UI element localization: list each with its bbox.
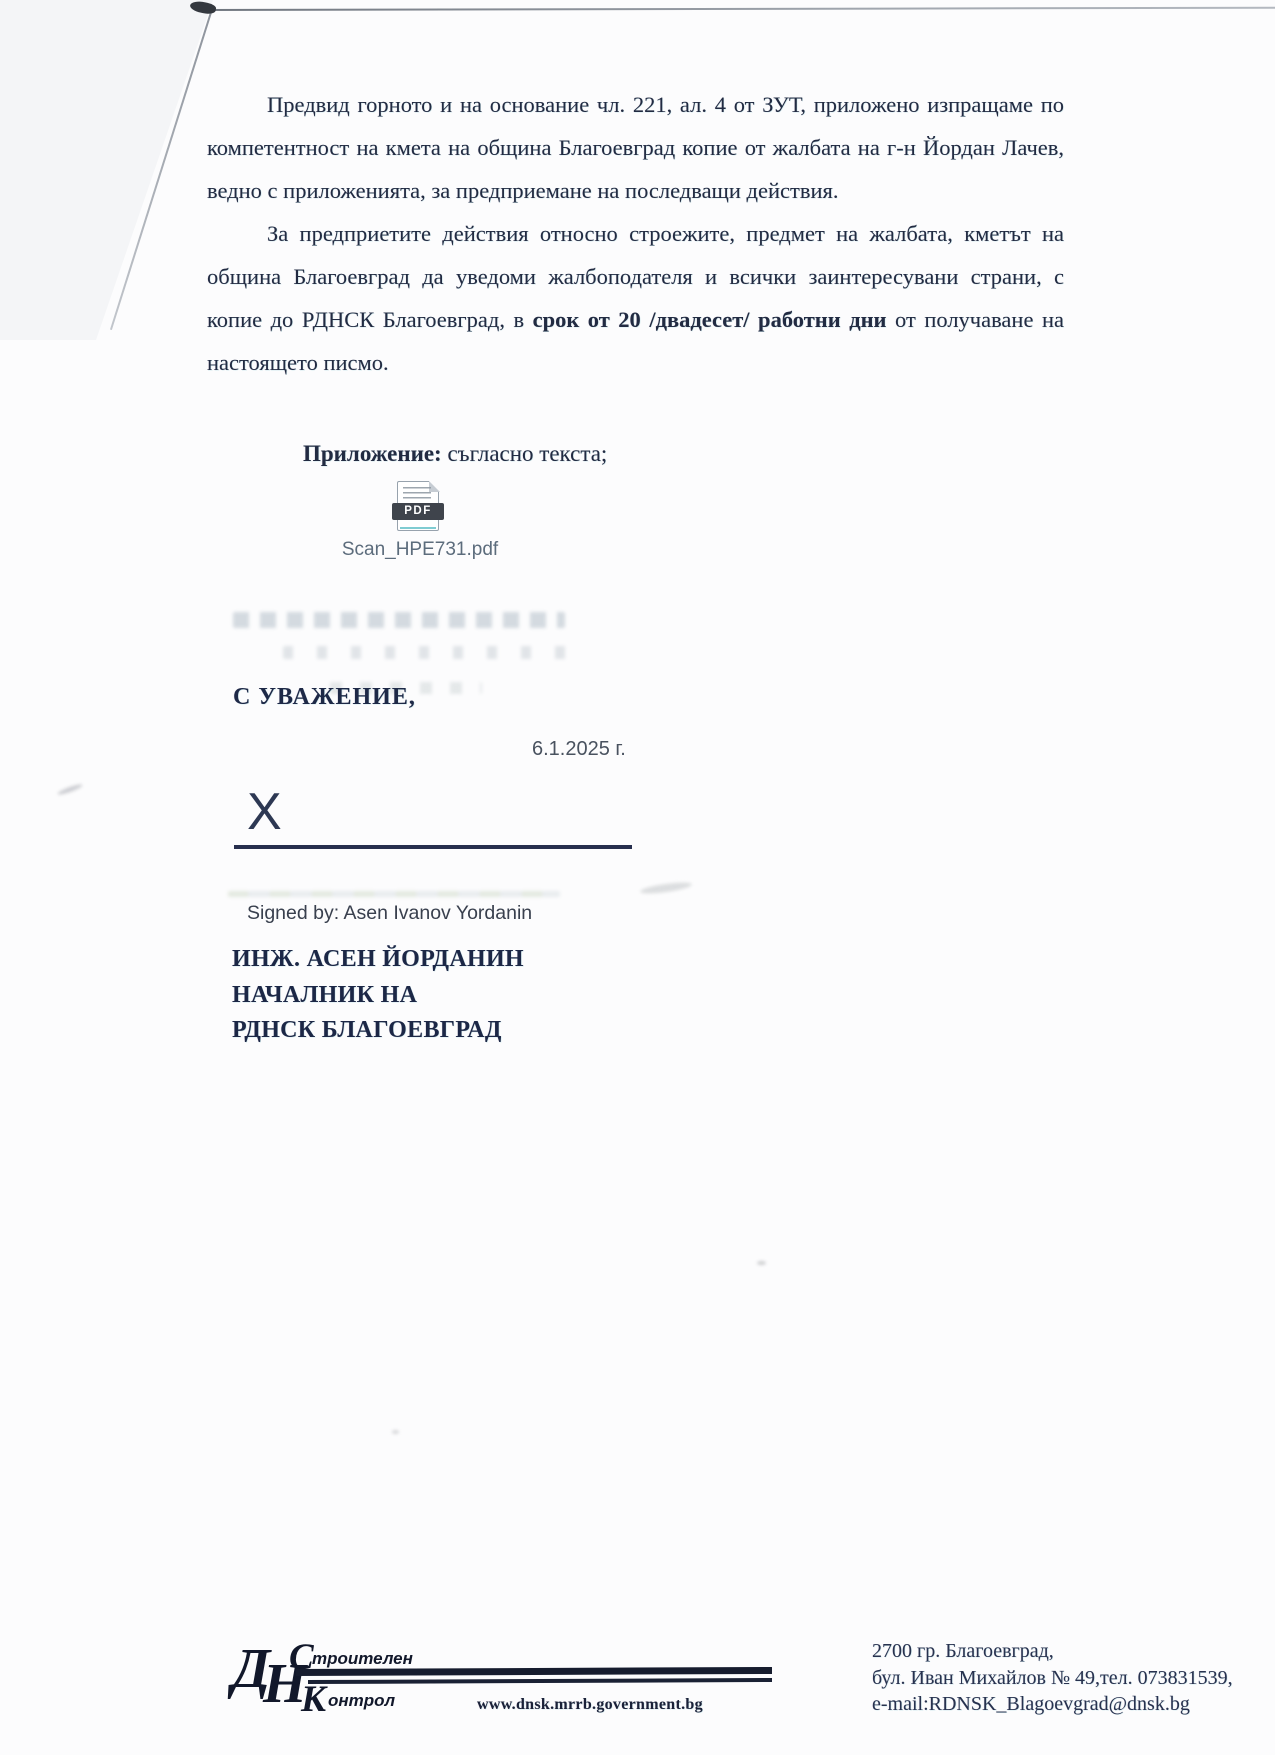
paragraph-1-text: Предвид горното и на основание чл. 221, …: [207, 92, 1064, 203]
closing-salutation: С УВАЖЕНИЕ,: [233, 684, 416, 711]
footer-address-line2: бул. Иван Михайлов № 49,тел. 073831539,: [872, 1665, 1233, 1692]
pdf-file-icon: PDF: [397, 481, 439, 531]
page-fold-corner: [0, 0, 230, 345]
attachment-line: Приложение: съгласно текста;: [303, 441, 607, 467]
signer-title-line1: НАЧАЛНИК НА: [232, 978, 524, 1014]
bleed-through-text-line: [283, 646, 583, 659]
signer-block: ИНЖ. АСЕН ЙОРДАНИН НАЧАЛНИК НА РДНСК БЛА…: [232, 942, 524, 1049]
paragraph-2-deadline-bold: срок от 20 /двадесет/ работни дни: [533, 307, 887, 332]
bleed-through-text-line: [233, 612, 565, 628]
footer-rule-bottom: [308, 1678, 772, 1684]
footer-address: 2700 гр. Благоевград, бул. Иван Михайлов…: [872, 1638, 1233, 1718]
pdf-icon-bottom-tint: [400, 527, 436, 530]
pdf-icon-text-lines: [403, 487, 431, 501]
scan-smudge: [57, 783, 83, 797]
footer-address-line1: 2700 гр. Благоевград,: [872, 1638, 1233, 1665]
pdf-icon-badge: PDF: [392, 503, 444, 520]
scan-top-edge-line: [205, 7, 1275, 11]
signature-x-mark: X: [247, 782, 282, 842]
scanned-letter-page: Предвид горното и на основание чл. 221, …: [0, 0, 1275, 1755]
signer-name: ИНЖ. АСЕН ЙОРДАНИН: [232, 942, 524, 978]
paragraph-legal-basis: Предвид горното и на основание чл. 221, …: [207, 83, 1064, 212]
footer-website: www.dnsk.mrrb.government.bg: [477, 1696, 703, 1714]
signature-date: 6.1.2025 г.: [532, 738, 626, 761]
attachment-text: съгласно текста;: [442, 441, 608, 466]
footer-rule-top: [296, 1667, 772, 1676]
signer-title-line2: РДНСК БЛАГОЕВГРАД: [232, 1013, 524, 1049]
dnsk-logo-word-stroitelen: троителен: [312, 1649, 413, 1669]
paragraph-instructions: За предприетите действия относно строежи…: [207, 212, 1064, 384]
scan-smudge: [392, 1430, 399, 1434]
scan-smudge: [640, 880, 693, 895]
signature-underline: [234, 845, 632, 849]
digital-signature-caption: Signed by: Asen Ivanov Yordanin: [247, 902, 532, 925]
dnsk-logo-letter-k: К: [301, 1681, 326, 1718]
scan-smudge: [757, 1261, 766, 1265]
attachment-label: Приложение:: [303, 441, 442, 466]
letter-body: Предвид горното и на основание чл. 221, …: [207, 83, 1064, 384]
attachment-filename: Scan_HPE731.pdf: [330, 539, 510, 561]
dnsk-logo-word-kontrol: онтрол: [328, 1691, 395, 1711]
bleed-through-streak: [228, 891, 560, 897]
footer-address-line3: e-mail:RDNSK_Blagoevgrad@dnsk.bg: [872, 1691, 1233, 1718]
